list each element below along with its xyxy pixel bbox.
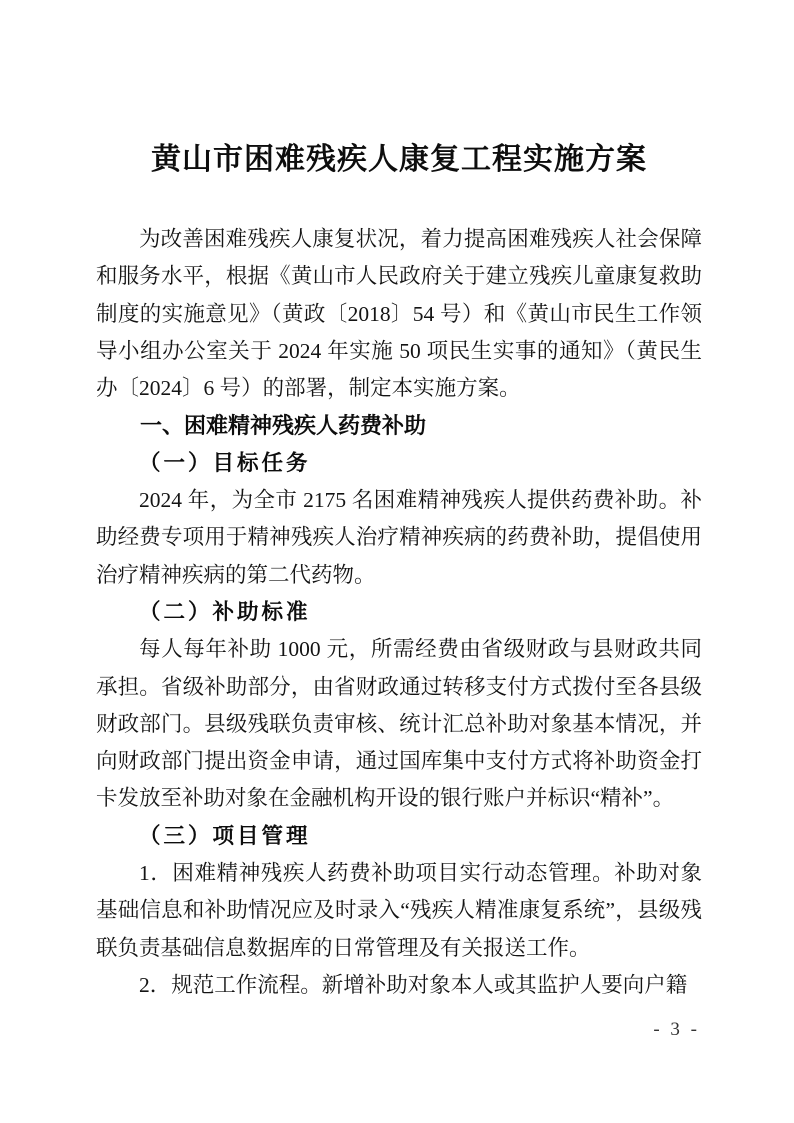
subsection-heading-1-objectives: （一）目标任务 bbox=[96, 445, 702, 482]
objectives-paragraph: 2024 年，为全市 2175 名困难精神残疾人提供药费补助。补助经费专项用于精… bbox=[96, 482, 702, 594]
page-number: - 3 - bbox=[653, 1019, 700, 1041]
project-management-paragraph-2: 2．规范工作流程。新增补助对象本人或其监护人要向户籍 bbox=[96, 967, 702, 1004]
subsection-heading-2-subsidy-standard: （二）补助标准 bbox=[96, 594, 702, 631]
intro-paragraph: 为改善困难残疾人康复状况，着力提高困难残疾人社会保障和服务水平，根据《黄山市人民… bbox=[96, 221, 702, 407]
document-title: 黄山市困难残疾人康复工程实施方案 bbox=[96, 138, 702, 182]
document-page: 黄山市困难残疾人康复工程实施方案 为改善困难残疾人康复状况，着力提高困难残疾人社… bbox=[0, 0, 794, 1123]
document-body: 黄山市困难残疾人康复工程实施方案 为改善困难残疾人康复状况，着力提高困难残疾人社… bbox=[96, 138, 702, 1004]
project-management-paragraph-1: 1．困难精神残疾人药费补助项目实行动态管理。补助对象基础信息和补助情况应及时录入… bbox=[96, 855, 702, 967]
subsection-heading-3-project-management: （三）项目管理 bbox=[96, 818, 702, 855]
section-heading-1: 一、困难精神残疾人药费补助 bbox=[96, 407, 702, 444]
subsidy-standard-paragraph: 每人每年补助 1000 元，所需经费由省级财政与县财政共同承担。省级补助部分，由… bbox=[96, 631, 702, 817]
